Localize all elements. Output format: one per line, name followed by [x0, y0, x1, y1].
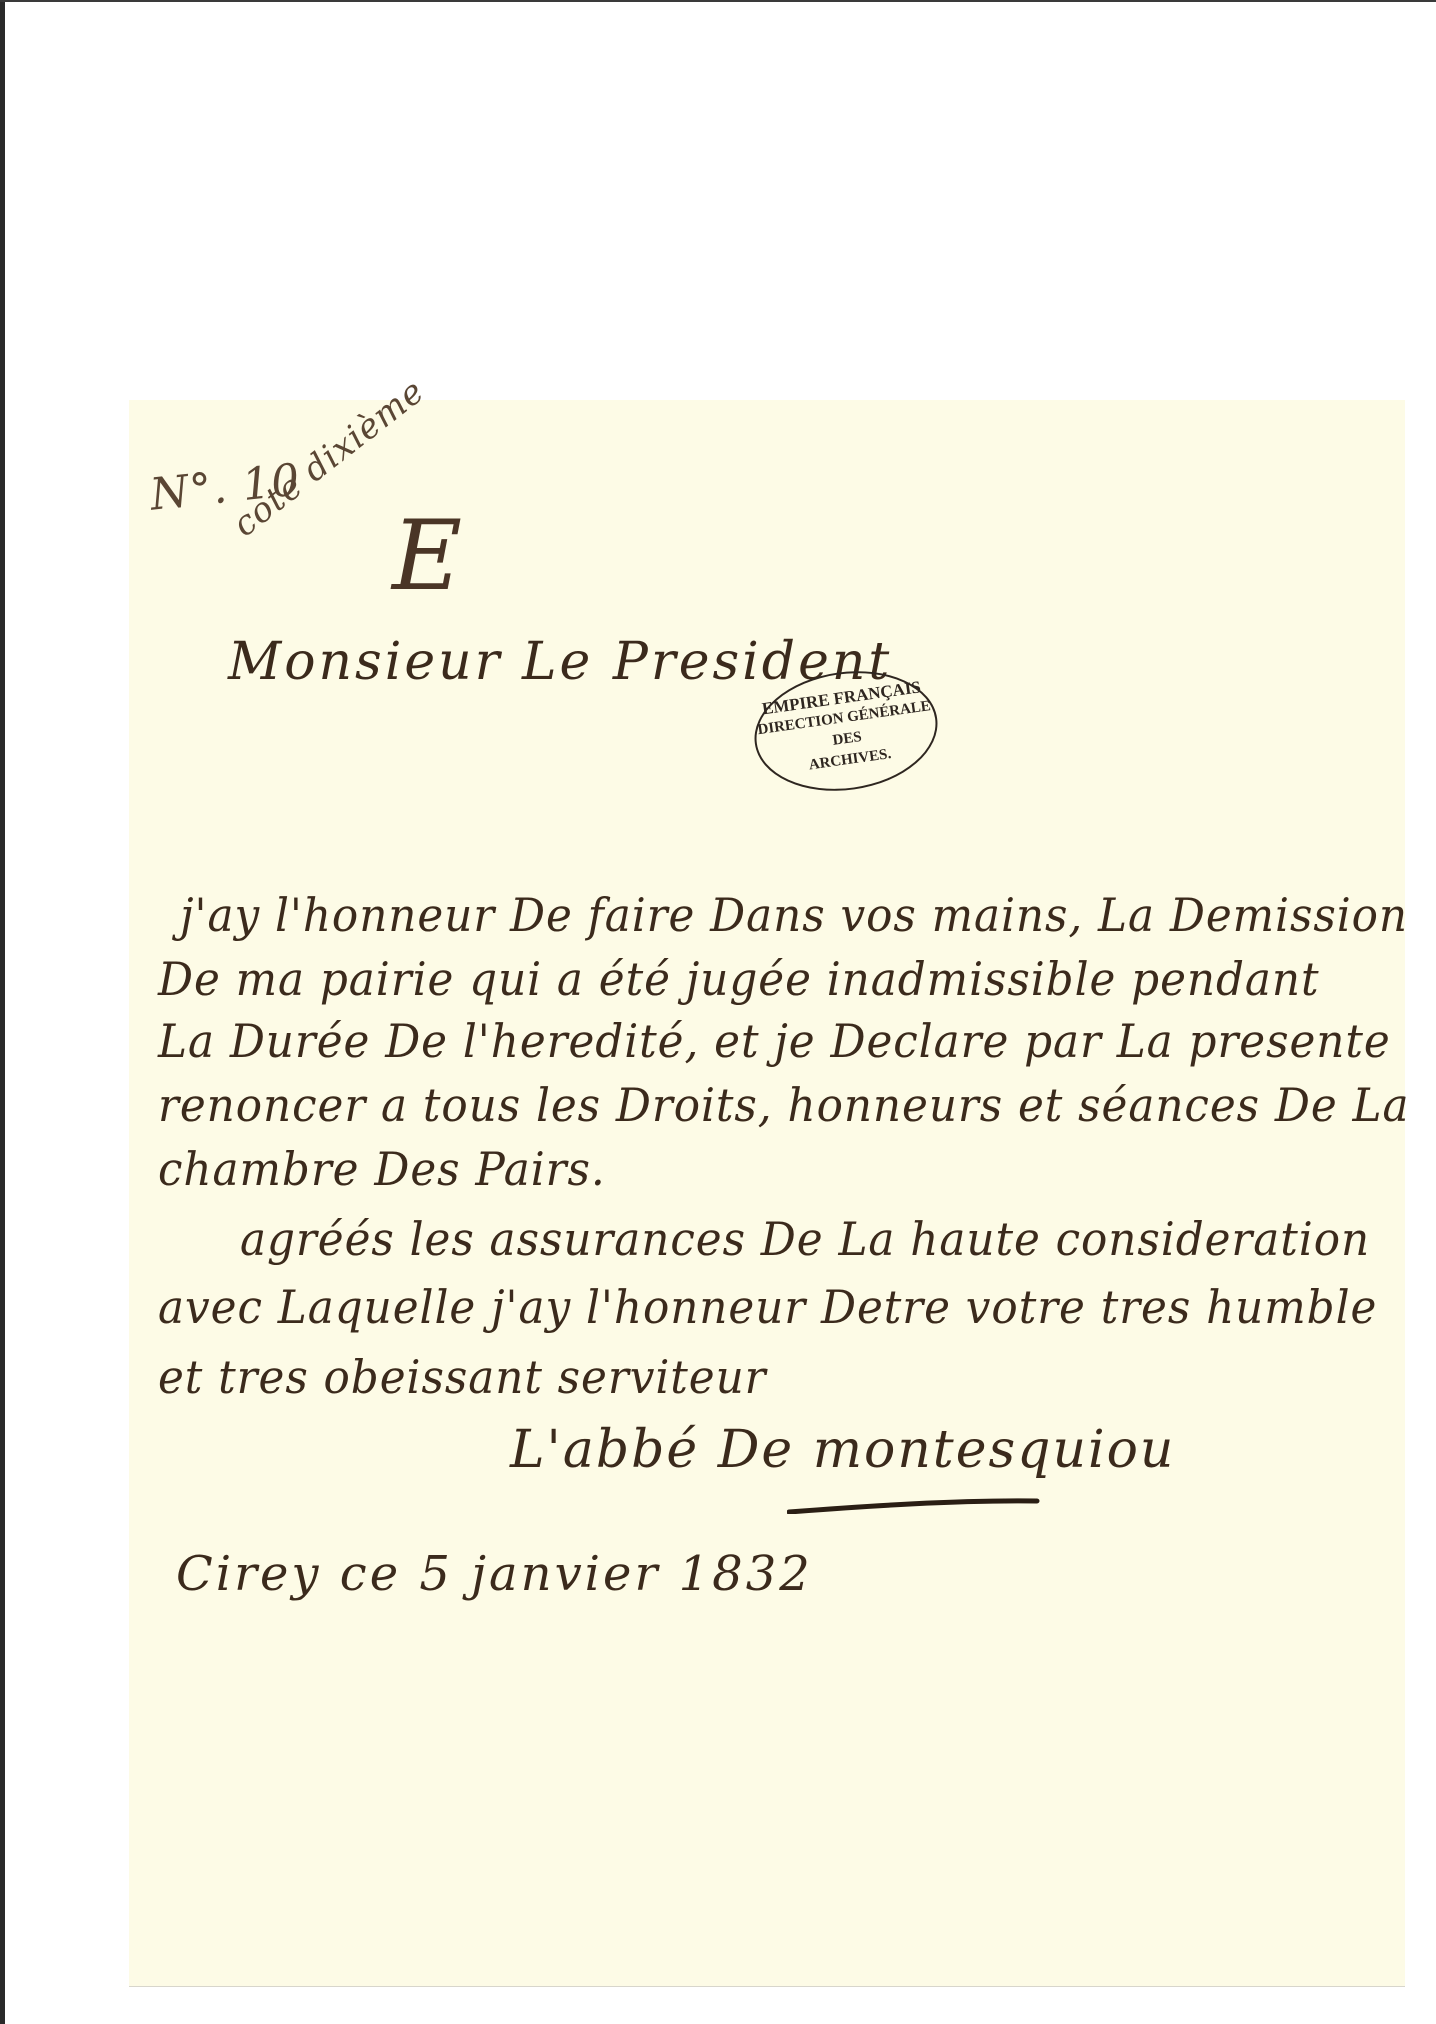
body-line: agréés les assurances De La haute consid… [240, 1212, 1370, 1266]
signature: L'abbé De montesquiou [510, 1420, 1175, 1480]
scan-border [0, 0, 5, 2024]
scan-border-top [0, 0, 1436, 2]
body-line: renoncer a tous les Droits, honneurs et … [158, 1078, 1410, 1132]
body-line: et tres obeissant serviteur [158, 1350, 767, 1404]
signature-flourish-icon [787, 1498, 1047, 1514]
body-line: De ma pairie qui a été jugée inadmissibl… [158, 952, 1320, 1006]
salutation: Monsieur Le President [228, 632, 892, 692]
body-line: avec Laquelle j'ay l'honneur Detre votre… [158, 1280, 1377, 1334]
body-line: j'ay l'honneur De faire Dans vos mains, … [180, 888, 1408, 942]
archive-initials: E [392, 500, 463, 612]
body-line: chambre Des Pairs. [158, 1142, 606, 1196]
date-line: Cirey ce 5 janvier 1832 [176, 1546, 813, 1602]
body-line: La Durée De l'heredité, et je Declare pa… [158, 1014, 1391, 1068]
